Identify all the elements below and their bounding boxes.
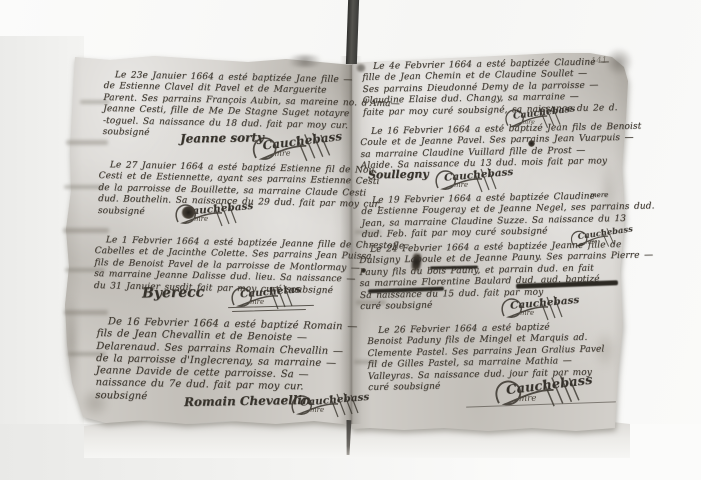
paraph-subscript: mre (519, 393, 537, 404)
baptism-entry: Le 4e Febvrier 1664 a esté baptizée Clau… (362, 57, 618, 119)
ink-blot (181, 206, 196, 219)
show-through-text (66, 140, 108, 145)
ink-blot (528, 140, 535, 147)
notary-paraph: Cauchebass mre (286, 391, 364, 421)
paraph-subscript: mre (520, 309, 534, 317)
ink-blot (356, 64, 366, 72)
paper-stain (63, 295, 79, 390)
notary-paraph: Cauchebass mre (488, 373, 587, 414)
signature: Byerecc (142, 284, 204, 301)
paraph-subscript: mre (274, 149, 291, 159)
binding-clamp (346, 0, 359, 64)
ink-blot (361, 268, 366, 273)
paraph-subscript: mre (454, 181, 468, 189)
paraph-subscript: mre (310, 406, 324, 414)
notary-paraph: Cauchebass mre (496, 294, 574, 324)
baptism-entry: Le 16 Febvrier 1664 a esté baptizé Jean … (360, 122, 642, 173)
paper-stain (282, 55, 328, 67)
paraph-subscript: mre (194, 215, 208, 223)
signature: Soullegny (368, 167, 429, 181)
notary-paraph: Cauchebass mre (246, 130, 337, 168)
show-through-text (63, 228, 109, 233)
manuscript-scan: 141 Le 23e Januier 1664 a esté baptizée … (0, 0, 701, 480)
paper-stain (606, 46, 632, 78)
notary-paraph: Cauchebass mre (430, 166, 508, 196)
paraph-subscript: mre (250, 298, 264, 306)
marginal-note: mere (590, 191, 608, 199)
